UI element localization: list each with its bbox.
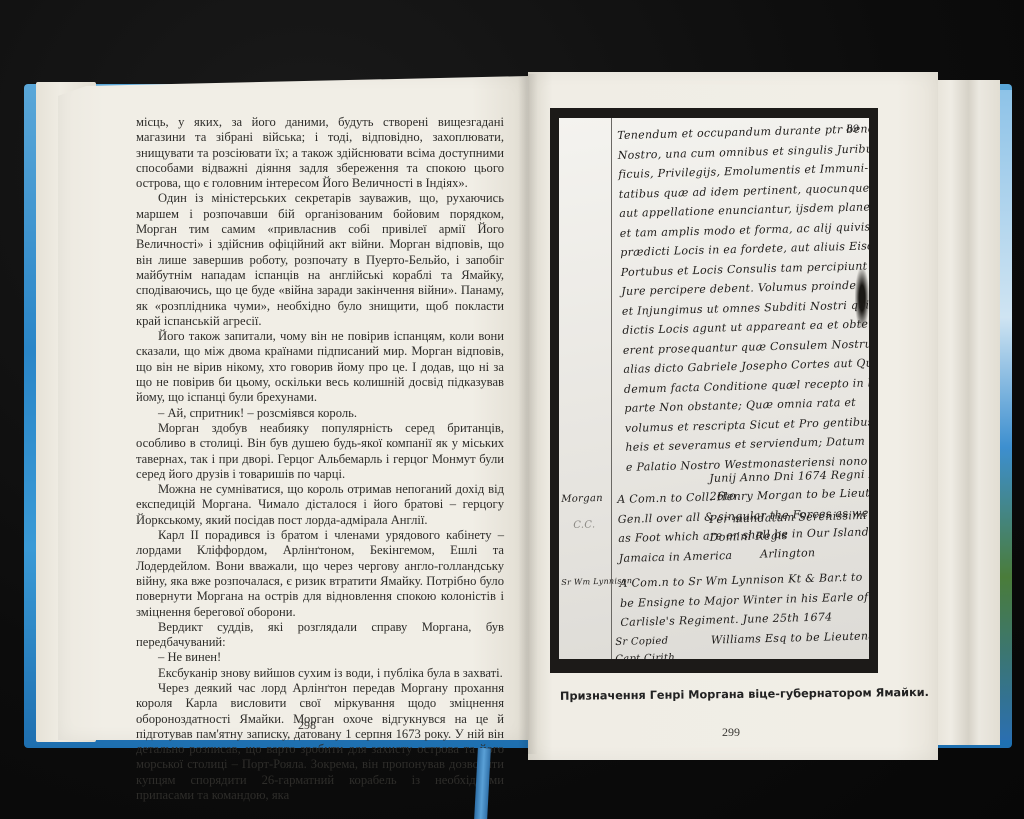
paragraph: Вердикт суддів, які розглядали справу Мо… [136,620,504,651]
right-page-stack [930,80,1000,745]
manuscript-figure: 89 Tenendum et occupandum durante ptr be… [550,108,878,673]
book-gutter [518,74,538,754]
page-number-right: 299 [722,725,740,740]
paragraph: Один із міністерських секретарів зауважи… [136,191,504,329]
paragraph: Через деякий час лорд Арлінґтон передав … [136,681,504,803]
page-number-left: 298 [298,718,316,733]
paragraph: Можна не сумніватися, що король отримав … [136,482,504,528]
ribbon-bookmark [474,748,491,819]
paragraph: Морган здобув неабияку популярність сере… [136,421,504,482]
manuscript-lower-text: A Com.n to Coll. Henry Morgan to be Lieu… [617,482,869,652]
left-page-body-text: місць, у яких, за його даними, будуть ст… [136,115,504,803]
paragraph: Карл II порадився із братом і членами ур… [136,528,504,620]
dialog-line: – Ай, спритник! – розсміявся король. [136,406,504,421]
dialog-line: – Не винен! [136,650,504,665]
manuscript-upper-text: Tenendum et occupandum durante ptr bene … [617,118,869,477]
margin-note: Capt Cirith [615,648,675,659]
margin-note: C.C. [573,515,596,535]
paragraph: Його також запитали, чому він не повірив… [136,329,504,405]
cover-artwork-edge [998,90,1012,740]
manuscript-photo: 89 Tenendum et occupandum durante ptr be… [559,118,869,659]
paragraph: Ексбуканір знову вийшов сухим із води, і… [136,666,504,681]
margin-note: Morgan [561,489,603,510]
paragraph: місць, у яких, за його даними, будуть ст… [136,115,504,191]
